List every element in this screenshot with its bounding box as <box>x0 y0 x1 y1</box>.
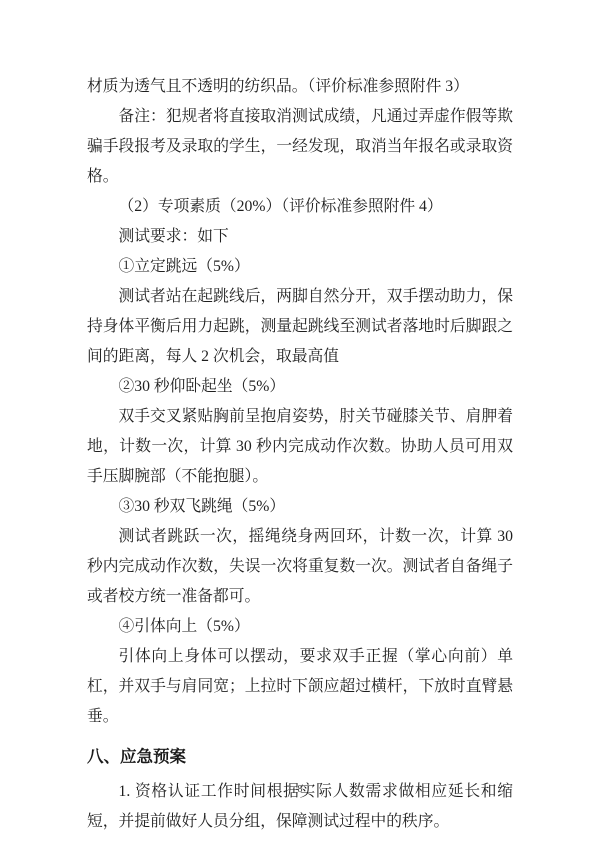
paragraph-item-1-title: ①立定跳远（5%） <box>87 252 513 282</box>
paragraph-special-quality: （2）专项素质（20%）（评价标准参照附件 4） <box>87 192 513 222</box>
paragraph-test-requirements: 测试要求：如下 <box>87 222 513 252</box>
paragraph-item-2-title: ②30 秒仰卧起坐（5%） <box>87 372 513 402</box>
paragraph-item-1-desc: 测试者站在起跳线后，两脚自然分开，双手摆动助力，保持身体平衡后用力起跳，测量起跳… <box>87 282 513 372</box>
paragraph-item-3-desc: 测试者跳跃一次，摇绳绕身两回环，计数一次，计算 30 秒内完成动作次数，失误一次… <box>87 522 513 612</box>
paragraph-item-3-title: ③30 秒双飞跳绳（5%） <box>87 492 513 522</box>
document-page: 材质为透气且不透明的纺织品。（评价标准参照附件 3） 备注：犯规者将直接取消测试… <box>0 0 600 849</box>
paragraph-continuation: 材质为透气且不透明的纺织品。（评价标准参照附件 3） <box>87 72 513 102</box>
paragraph-item-4-title: ④引体向上（5%） <box>87 612 513 642</box>
paragraph-remark: 备注：犯规者将直接取消测试成绩，凡通过弄虚作假等欺骗手段报考及录取的学生，一经发… <box>87 102 513 192</box>
page-number: 8 <box>0 783 600 797</box>
section-heading-emergency-plan: 八、应急预案 <box>87 742 513 772</box>
paragraph-item-4-desc: 引体向上身体可以摆动，要求双手正握（掌心向前）单杠，并双手与肩同宽；上拉时下颌应… <box>87 642 513 732</box>
paragraph-item-2-desc: 双手交叉紧贴胸前呈抱肩姿势，肘关节碰膝关节、肩胛着地，计数一次，计算 30 秒内… <box>87 402 513 492</box>
document-content: 材质为透气且不透明的纺织品。（评价标准参照附件 3） 备注：犯规者将直接取消测试… <box>87 72 513 837</box>
